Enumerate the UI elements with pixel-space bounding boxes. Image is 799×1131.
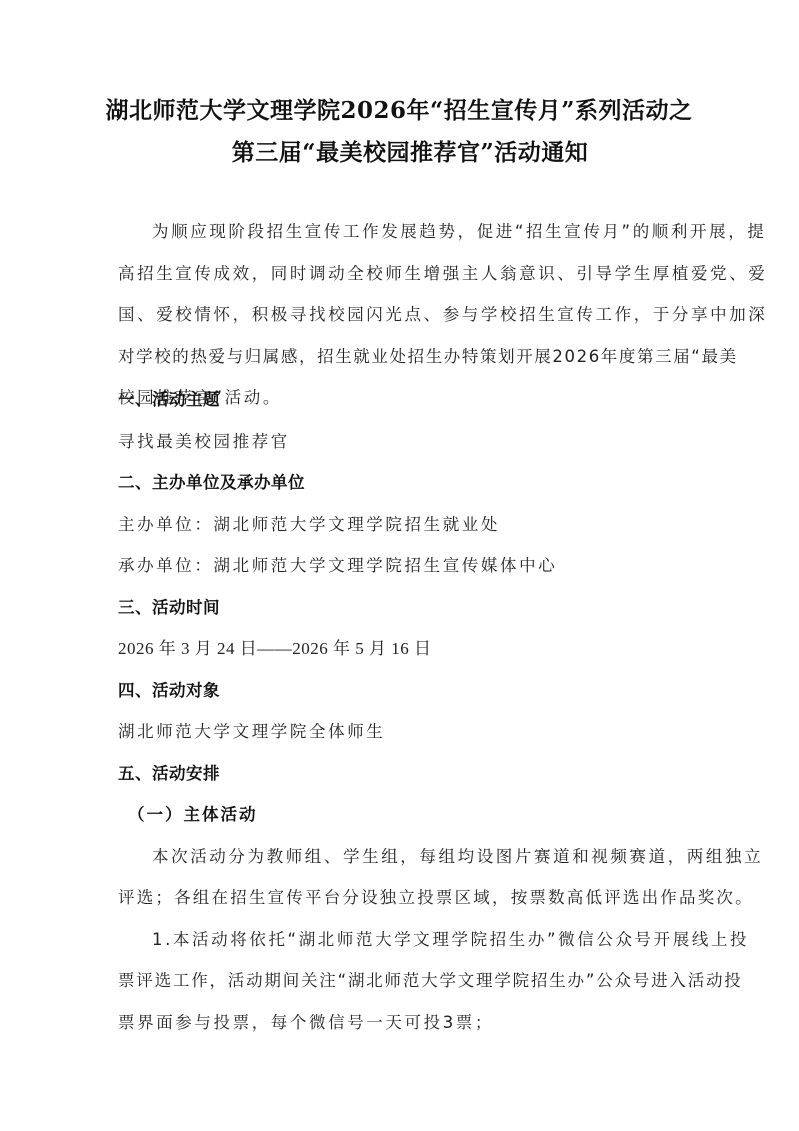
- audience-text: 湖北师范大学文理学院全体师生: [118, 720, 718, 744]
- document-page: 湖北师范大学文理学院2026年“招生宣传月”系列活动之 第三届“最美校园推荐官”…: [0, 0, 799, 1131]
- section-theme-text: 寻找最美校园推荐官: [118, 430, 718, 454]
- intro-paragraph-line: 对学校的热爱与归属感，招生就业处招生办特策划开展2026年度第三届“最美: [118, 345, 718, 369]
- section-heading-theme: 一、活动主题: [118, 388, 220, 412]
- arrangement-paragraph-line: 票界面参与投票，每个微信号一天可投3票；: [118, 1011, 718, 1035]
- document-title-line-2: 第三届“最美校园推荐官”活动通知: [220, 134, 600, 167]
- subsection-heading-main-activity: （一）主体活动: [128, 803, 258, 827]
- organizer-host: 主办单位：湖北师范大学文理学院招生就业处: [118, 513, 718, 537]
- arrangement-paragraph-line: 票评选工作，活动期间关注“湖北师范大学文理学院招生办”公众号进入活动投: [118, 969, 718, 993]
- organizer-undertaker: 承办单位：湖北师范大学文理学院招生宣传媒体中心: [118, 554, 718, 578]
- arrangement-paragraph-line: 本次活动分为教师组、学生组，每组均设图片赛道和视频赛道，两组独立: [152, 845, 752, 869]
- section-heading-arrangement: 五、活动安排: [118, 762, 220, 786]
- intro-paragraph-line: 高招生宣传成效，同时调动全校师生增强主人翁意识、引导学生厚植爱党、爱: [118, 262, 718, 286]
- section-heading-audience: 四、活动对象: [118, 679, 220, 703]
- document-title-line-1: 湖北师范大学文理学院2026年“招生宣传月”系列活动之: [90, 92, 708, 125]
- section-heading-organizers: 二、主办单位及承办单位: [118, 471, 305, 495]
- intro-paragraph-line: 国、爱校情怀，积极寻找校园闪光点、参与学校招生宣传工作，于分享中加深: [118, 303, 718, 327]
- activity-date-range: 2026 年 3 月 24 日——2026 年 5 月 16 日: [118, 637, 718, 661]
- arrangement-paragraph-line: 1.本活动将依托“湖北师范大学文理学院招生办”微信公众号开展线上投: [152, 928, 752, 952]
- section-heading-time: 三、活动时间: [118, 596, 220, 620]
- intro-paragraph-line: 为顺应现阶段招生宣传工作发展趋势，促进“招生宣传月”的顺利开展，提: [152, 220, 752, 244]
- arrangement-paragraph-line: 评选；各组在招生宣传平台分设独立投票区域，按票数高低评选出作品奖次。: [118, 886, 718, 910]
